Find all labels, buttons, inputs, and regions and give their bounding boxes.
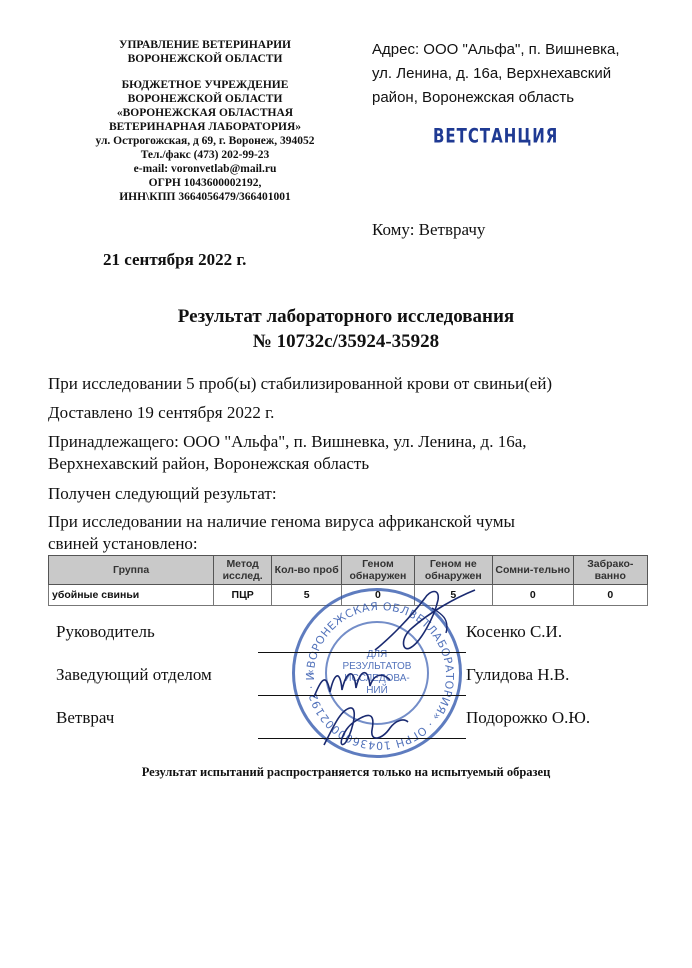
lab-ogrn: ОГРН 1043600002192, — [55, 176, 355, 190]
document-title-text: Результат лабораторного исследования — [0, 304, 692, 329]
signature-scribble-icon — [312, 662, 392, 702]
signatory-name: Косенко С.И. — [466, 622, 562, 642]
table-header-row: Группа Метод исслед. Кол-во проб Геном о… — [49, 556, 648, 585]
column-header-sample-count: Кол-во проб — [272, 556, 342, 585]
lab-email: e-mail: voronvetlab@mail.ru — [55, 162, 355, 176]
cell-group: убойные свиньи — [49, 585, 214, 606]
signature-scribble-icon — [370, 588, 480, 658]
authority-name-line: ВОРОНЕЖСКОЙ ОБЛАСТИ — [55, 52, 355, 66]
signatory-role: Руководитель — [56, 622, 155, 642]
authority-name-line: УПРАВЛЕНИЕ ВЕТЕРИНАРИИ — [55, 38, 355, 52]
institution-name-line: «ВОРОНЕЖСКАЯ ОБЛАСТНАЯ — [55, 106, 355, 120]
column-header-rejected: Забрако-ванно — [573, 556, 647, 585]
institution-name-line: ВЕТЕРИНАРНАЯ ЛАБОРАТОРИЯ» — [55, 120, 355, 134]
sample-description: При исследовании 5 проб(ы) стабилизирова… — [48, 373, 648, 395]
signatory-name: Гулидова Н.В. — [466, 665, 569, 685]
recipient-address-line: район, Воронежская область — [372, 86, 672, 110]
research-statement-line: При исследовании на наличие генома вирус… — [48, 511, 648, 533]
lab-phone: Тел./факс (473) 202-99-23 — [55, 148, 355, 162]
cell-doubtful: 0 — [493, 585, 574, 606]
column-header-doubtful: Сомни-тельно — [493, 556, 574, 585]
column-header-genome-not-detected: Геном не обнаружен — [414, 556, 492, 585]
result-intro: Получен следующий результат: — [48, 483, 648, 505]
institution-name-line: БЮДЖЕТНОЕ УЧРЕЖДЕНИЕ — [55, 78, 355, 92]
lab-inn-kpp: ИНН\КПП 3664056479/366401001 — [55, 190, 355, 204]
signatory-name: Подорожко О.Ю. — [466, 708, 590, 728]
footer-disclaimer: Результат испытаний распространяется тол… — [0, 765, 692, 780]
cell-method: ПЦР — [214, 585, 272, 606]
signature-scribble-icon — [320, 700, 410, 750]
signatory-role: Ветврач — [56, 708, 114, 728]
institution-name-line: ВОРОНЕЖСКОЙ ОБЛАСТИ — [55, 92, 355, 106]
delivery-date: Доставлено 19 сентября 2022 г. — [48, 402, 648, 424]
cell-rejected: 0 — [573, 585, 647, 606]
owner-line: Принадлежащего: ООО "Альфа", п. Вишневка… — [48, 431, 648, 453]
document-date: 21 сентября 2022 г. — [103, 250, 246, 270]
owner-line: Верхнехавский район, Воронежская область — [48, 453, 648, 475]
lab-letterhead: УПРАВЛЕНИЕ ВЕТЕРИНАРИИ ВОРОНЕЖСКОЙ ОБЛАС… — [55, 38, 355, 204]
recipient-address-line: Адрес: ООО "Альфа", п. Вишневка, — [372, 38, 672, 62]
document-title: Результат лабораторного исследования № 1… — [0, 304, 692, 354]
recipient-address-line: ул. Ленина, д. 16а, Верхнехавский — [372, 62, 672, 86]
research-statement-line: свиней установлено: — [48, 533, 648, 555]
owner-info: Принадлежащего: ООО "Альфа", п. Вишневка… — [48, 431, 648, 475]
column-header-method: Метод исслед. — [214, 556, 272, 585]
column-header-group: Группа — [49, 556, 214, 585]
recipient-to: Кому: Ветврачу — [372, 220, 485, 240]
research-statement: При исследовании на наличие генома вирус… — [48, 511, 648, 555]
lab-address: ул. Острогожская, д 69, г. Воронеж, 3940… — [55, 134, 355, 148]
recipient-address: Адрес: ООО "Альфа", п. Вишневка, ул. Лен… — [372, 38, 672, 110]
document-number: № 10732с/35924-35928 — [0, 329, 692, 354]
vetstation-stamp: ВЕТСТАНЦИЯ — [433, 124, 558, 147]
column-header-genome-detected: Геном обнаружен — [342, 556, 414, 585]
signatory-role: Заведующий отделом — [56, 665, 212, 685]
